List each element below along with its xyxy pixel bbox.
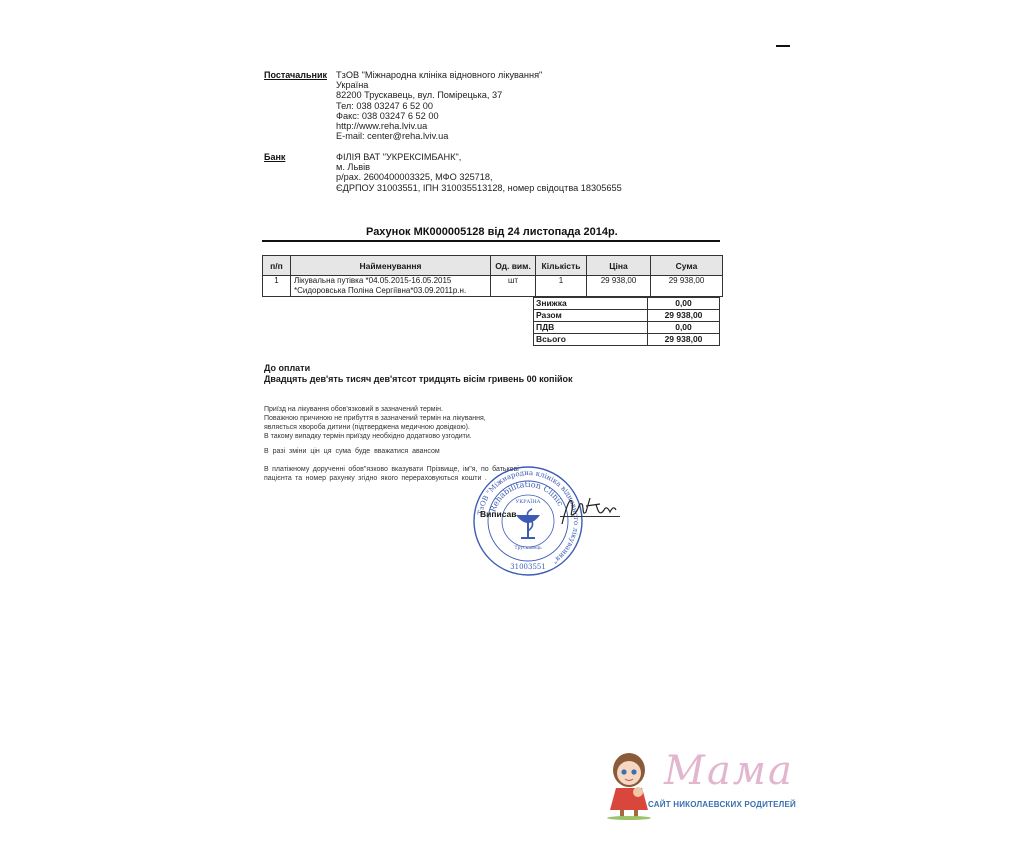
row-num: 1 <box>263 276 291 297</box>
subtotal-label: Разом <box>534 310 648 322</box>
supplier-label: Постачальник <box>264 70 327 80</box>
bank-label: Банк <box>264 152 285 162</box>
row-name-line2: *Сидоровська Поліна Сергіївна*03.09.2011… <box>294 286 487 296</box>
bank-details: ФІЛІЯ ВАТ "УКРЕКСІМБАНК", м. Львів р/рах… <box>336 152 622 193</box>
watermark-subtitle: САЙТ НИКОЛАЕВСКИХ РОДИТЕЛЕЙ <box>648 800 796 809</box>
discount-label: Знижка <box>534 298 648 310</box>
row-unit: шт <box>491 276 536 297</box>
note-line: являється хвороба дитини (підтверджена м… <box>264 423 486 432</box>
payment-amount-words: Двадцять дев'ять тисяч дев'ятсот тридцят… <box>264 374 573 385</box>
notes-block-1: Приїзд на лікування обов'язковий в зазна… <box>264 405 486 441</box>
supplier-name: ТзОВ "Міжнародна клініка відновного ліку… <box>336 70 542 80</box>
bank-account: р/рах. 2600400003325, МФО 325718, <box>336 172 622 182</box>
header-unit: Од. вим. <box>491 256 536 276</box>
totals-table: Знижка 0,00 Разом 29 938,00 ПДВ 0,00 Всь… <box>533 297 720 346</box>
scan-corner-mark <box>776 45 790 47</box>
stamp-code: 31003551 <box>510 563 546 571</box>
girl-doll-icon <box>604 748 654 820</box>
stamp-country: УКРАЇНА <box>516 498 541 505</box>
supplier-details: ТзОВ "Міжнародна клініка відновного ліку… <box>336 70 542 141</box>
supplier-phone: Тел: 038 03247 6 52 00 <box>336 101 542 111</box>
supplier-country: Україна <box>336 80 542 90</box>
vat-value: 0,00 <box>648 322 720 334</box>
table-row: 1 Лікувальна путівка *04.05.2015-16.05.2… <box>263 276 723 297</box>
payment-block: До оплати Двадцять дев'ять тисяч дев'ятс… <box>264 363 573 385</box>
discount-value: 0,00 <box>648 298 720 310</box>
notes-block-2: В разі зміни цін ця сума буде вважатися … <box>264 447 440 456</box>
subtotal-value: 29 938,00 <box>648 310 720 322</box>
items-header-row: п/п Найменування Од. вим. Кількість Ціна… <box>263 256 723 276</box>
watermark-logo: Мама САЙТ НИКОЛАЕВСКИХ РОДИТЕЛЕЙ <box>604 748 794 820</box>
totals-row-vat: ПДВ 0,00 <box>534 322 720 334</box>
header-sum: Сума <box>651 256 723 276</box>
note-line: Приїзд на лікування обов'язковий в зазна… <box>264 405 486 414</box>
signed-label: Виписав <box>480 509 517 519</box>
row-sum: 29 938,00 <box>651 276 723 297</box>
bowl-of-hygieia-icon <box>516 509 540 539</box>
supplier-address: 82200 Трускавець, вул. Помірецька, 37 <box>336 90 542 100</box>
row-name: Лікувальна путівка *04.05.2015-16.05.201… <box>291 276 491 297</box>
payment-label: До оплати <box>264 363 573 374</box>
note-line: Поважною причиною не прибуття в зазначен… <box>264 414 486 423</box>
total-value: 29 938,00 <box>648 334 720 346</box>
row-price: 29 938,00 <box>587 276 651 297</box>
items-table: п/п Найменування Од. вим. Кількість Ціна… <box>262 255 723 297</box>
bank-codes: ЄДРПОУ 31003551, ІПН 310035513128, номер… <box>336 183 622 193</box>
watermark-script: Мама <box>664 748 794 794</box>
totals-row-subtotal: Разом 29 938,00 <box>534 310 720 322</box>
invoice-title: Рахунок МК000005128 від 24 листопада 201… <box>366 226 618 238</box>
header-name: Найменування <box>291 256 491 276</box>
header-qty: Кількість <box>536 256 587 276</box>
vat-label: ПДВ <box>534 322 648 334</box>
supplier-fax: Факс: 038 03247 6 52 00 <box>336 111 542 121</box>
supplier-email: E-mail: center@reha.lviv.ua <box>336 131 542 141</box>
stamp-city: Трускавець <box>514 545 542 551</box>
bank-name: ФІЛІЯ ВАТ "УКРЕКСІМБАНК", <box>336 152 622 162</box>
header-num: п/п <box>263 256 291 276</box>
bank-city: м. Львів <box>336 162 622 172</box>
signature-icon <box>556 488 626 528</box>
total-label: Всього <box>534 334 648 346</box>
title-rule <box>262 240 720 242</box>
supplier-website: http://www.reha.lviv.ua <box>336 121 542 131</box>
header-price: Ціна <box>587 256 651 276</box>
totals-row-discount: Знижка 0,00 <box>534 298 720 310</box>
totals-row-total: Всього 29 938,00 <box>534 334 720 346</box>
row-name-line1: Лікувальна путівка *04.05.2015-16.05.201… <box>294 276 487 286</box>
note-line: В такому випадку термін приїзду необхідн… <box>264 432 486 441</box>
row-qty: 1 <box>536 276 587 297</box>
